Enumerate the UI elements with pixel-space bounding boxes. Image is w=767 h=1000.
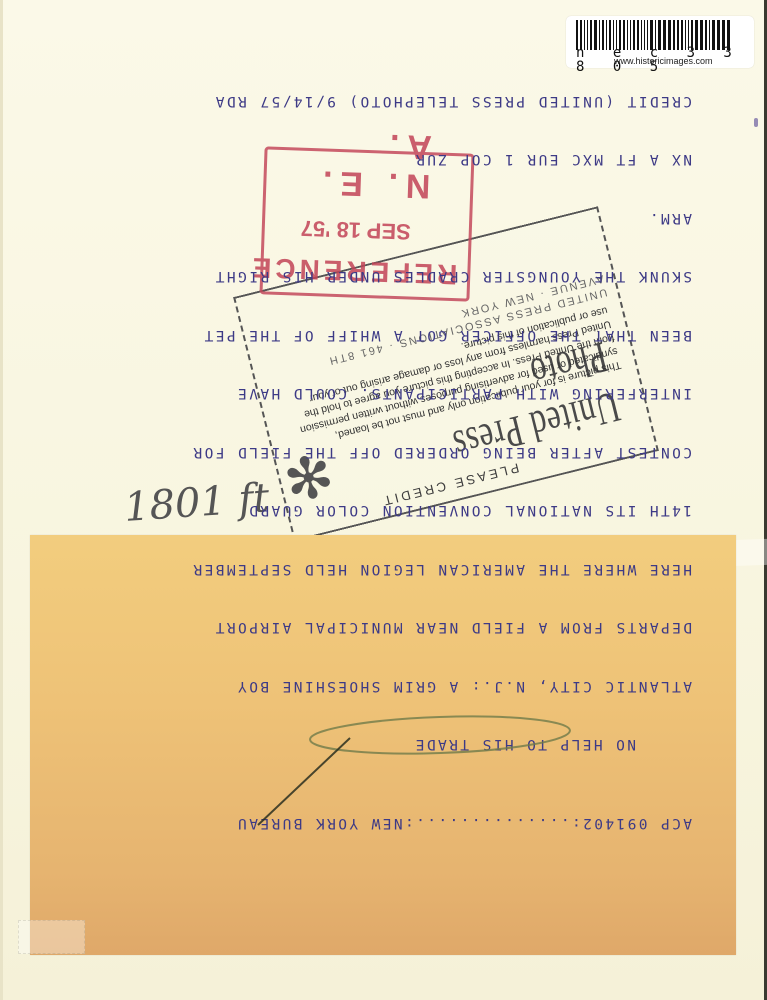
caption-line: CONTEST AFTER BEING ORDERED OFF THE FIEL… <box>52 442 692 462</box>
caption-slip: ACP 091402:..............:NEW YORK BUREA… <box>30 535 736 955</box>
caption-header: ACP 091402:..............:NEW YORK BUREA… <box>52 813 692 833</box>
ink-mark <box>754 118 758 127</box>
caption-line: BEEN THAT THE OFFICER GOT A WHIFF OF THE… <box>52 325 692 345</box>
caption-line: ATLANTIC CITY, N.J.: A GRIM SHOESHINE BO… <box>52 676 692 696</box>
caption-headline: NO HELP TO HIS TRADE <box>52 734 692 754</box>
caption-line: DEPARTS FROM A FIELD NEAR MUNICIPAL AIRP… <box>52 617 692 637</box>
paper-edge-left <box>0 0 3 1000</box>
caption-line: SKUNK THE YOUNGSTER CRADLES UNDER HIS RI… <box>52 266 692 286</box>
tape-strip <box>18 920 85 954</box>
caption-line: HERE WHERE THE AMERICAN LEGION HELD SEPT… <box>52 559 692 579</box>
caption-inverted: ACP 091402:..............:NEW YORK BUREA… <box>30 535 736 955</box>
caption-line: 14TH ITS NATIONAL CONVENTION COLOR GUARD <box>52 500 692 520</box>
caption-line: ARM. <box>52 208 692 228</box>
caption-credit-line: CREDIT (UNITED PRESS TELEPHOTO) 9/14/57 … <box>52 91 692 111</box>
caption-text: ACP 091402:..............:NEW YORK BUREA… <box>52 52 692 872</box>
caption-line: NX A FT MXC EUR 1 COP ZUR <box>52 149 692 169</box>
caption-line: INTERFERING WITH PARTICIPANTS. COULD HAV… <box>52 383 692 403</box>
